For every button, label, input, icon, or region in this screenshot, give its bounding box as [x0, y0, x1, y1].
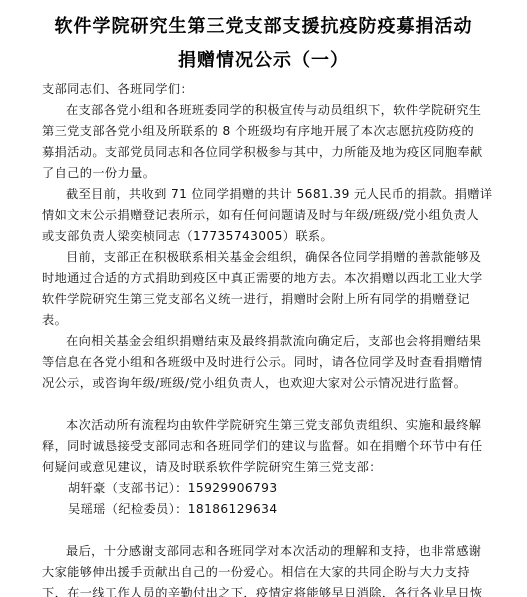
paragraph-line: 在支部各党小组和各班班委同学的积极宣传与动员组织下，软件学院研究生: [66, 101, 481, 118]
paragraph-line: 何疑问或意见建议，请及时联系软件学院研究生第三党支部：: [42, 458, 382, 475]
contact-secretary: 胡轩豪（支部书记）：15929906793: [68, 479, 277, 496]
contact-discipline-member: 吴瑶瑶（纪检委员）：18186129634: [68, 500, 277, 517]
closing-line: 最后，十分感谢支部同志和各班同学对本次活动的理解和支持，也非常感谢: [66, 542, 481, 559]
paragraph-line: 等信息在各党小组和各班级中及时进行公示。同时，请各位同学及时查看捐赠情: [42, 353, 483, 370]
paragraph-line: 募捐活动。支部党员同志和各位同学积极参与其中，力所能及地为疫区同胞奉献: [42, 143, 483, 160]
salutation: 支部同志们、各班同学们：: [42, 80, 193, 97]
paragraph-line: 情如文末公示捐赠登记表所示，如有任何问题请及时与年级/班级/党小组负责人: [42, 206, 479, 223]
paragraph-line: 在向相关基金会组织捐赠结束及最终捐款流向确定后，支部也会将捐赠结果: [66, 332, 481, 349]
paragraph-line: 释，同时诚恳接受支部同志和各班同学们的建议与监督。如在捐赠个环节中有任: [42, 437, 483, 454]
document-subtitle: 捐赠情况公示（一）: [0, 46, 527, 72]
paragraph-line: 时地通过合适的方式捐助到疫区中真正需要的地方去。本次捐赠以西北工业大学: [42, 269, 483, 286]
paragraph-line: 软件学院研究生第三党支部名义统一进行，捐赠时会附上所有同学的捐赠登记: [42, 290, 470, 307]
paragraph-line: 表。: [42, 311, 67, 328]
paragraph-line: 了自己的一份力量。: [42, 164, 155, 181]
document-title: 软件学院研究生第三党支部支援抗疫防疫募捐活动: [0, 12, 527, 38]
paragraph-line: 况公示，或咨询年级/班级/党小组负责人，也欢迎大家对公示情况进行监督。: [42, 374, 466, 391]
paragraph-line: 或支部负责人梁奕桢同志（17735743005）联系。: [42, 227, 333, 244]
closing-line: 大家能够伸出援手贡献出自己的一份爱心。相信在大家的共同企盼与大力支持: [42, 563, 470, 580]
paragraph-line: 本次活动所有流程均由软件学院研究生第三党支部负责组织、实施和最终解: [66, 416, 481, 433]
closing-line: 下，在一线工作人员的辛勤付出之下，疫情定将能够早日消除，各行各业早日恢: [42, 584, 483, 597]
paragraph-line: 截至目前，共收到 71 位同学捐赠的共计 5681.39 元人民币的捐款。捐赠详: [66, 185, 492, 202]
paragraph-line: 第三党支部各党小组及所联系的 8 个班级均有序地开展了本次志愿抗疫防疫的: [42, 122, 474, 139]
paragraph-line: 目前，支部正在积极联系相关基金会组织，确保各位同学捐赠的善款能够及: [66, 248, 481, 265]
